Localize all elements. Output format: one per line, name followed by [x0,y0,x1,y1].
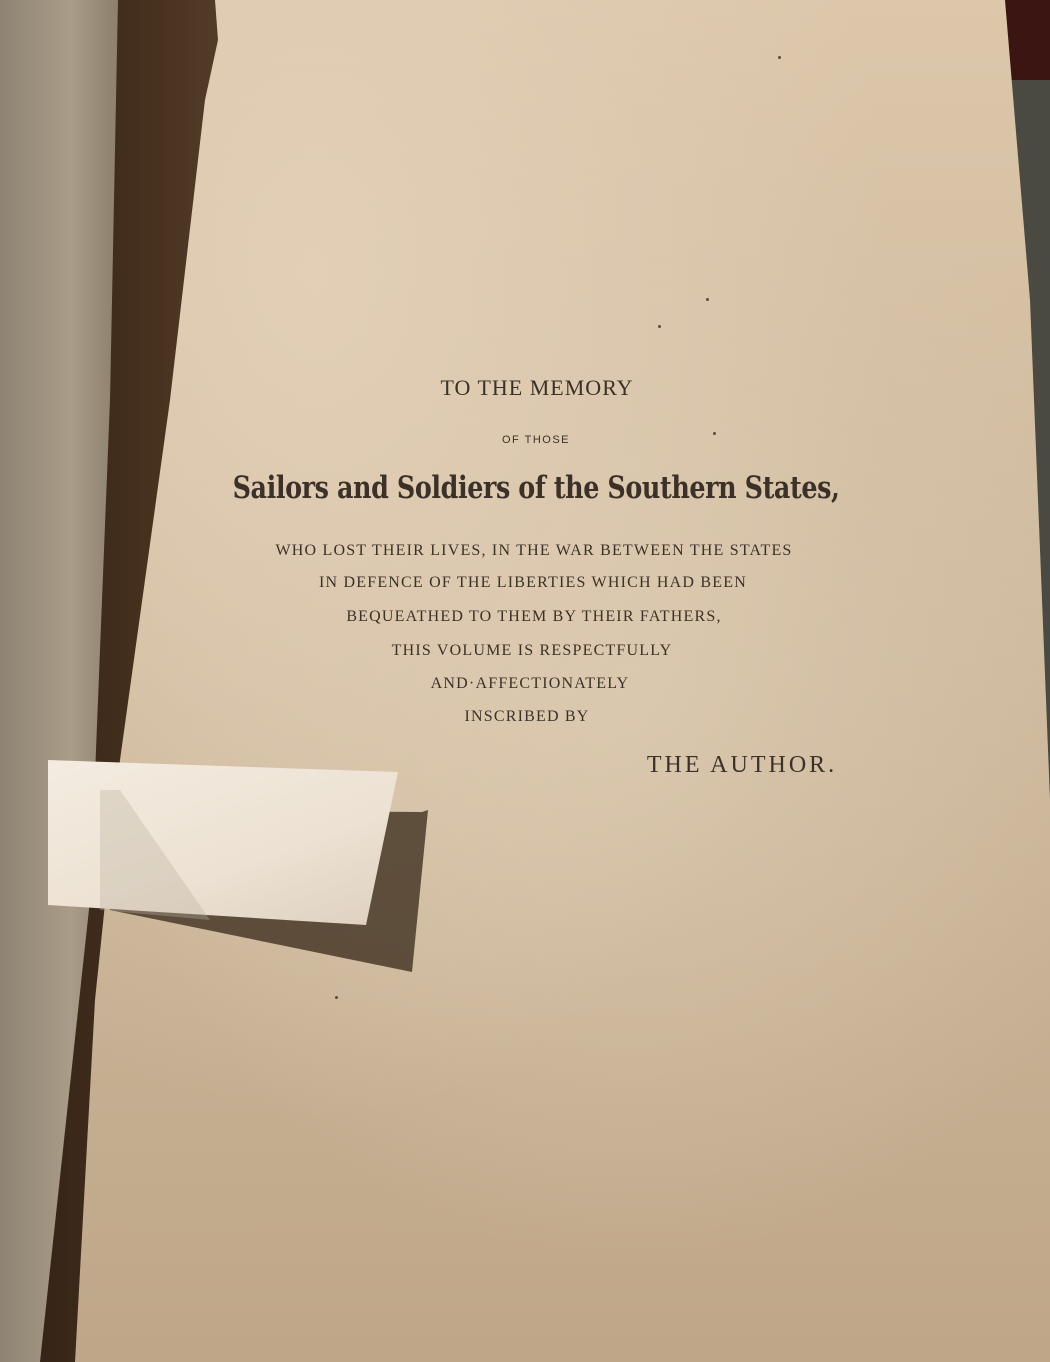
dedication-line: IN DEFENCE OF THE LIBERTIES WHICH HAD BE… [319,574,747,592]
dedication-line: AND·AFFECTIONATELY [431,675,630,693]
paper-speck [706,298,709,301]
paper-speck [335,996,338,999]
dedication-line: INSCRIBED BY [464,708,589,726]
dedication-line: WHO LOST THEIR LIVES, IN THE WAR BETWEEN… [275,542,792,560]
paper-speck [658,325,661,328]
dedication-signature: THE AUTHOR. [647,752,837,779]
paper-speck [778,56,781,59]
dedication-blackletter-line: Sailors and Soldiers of the Southern Sta… [233,470,840,506]
dedication-subheading: OF THOSE [502,434,570,446]
dedication-line: THIS VOLUME IS RESPECTFULLY [392,642,673,660]
paper-speck [713,432,716,435]
dedication-line: BEQUEATHED TO THEM BY THEIR FATHERS, [346,608,721,626]
dedication-heading: TO THE MEMORY [440,375,633,401]
